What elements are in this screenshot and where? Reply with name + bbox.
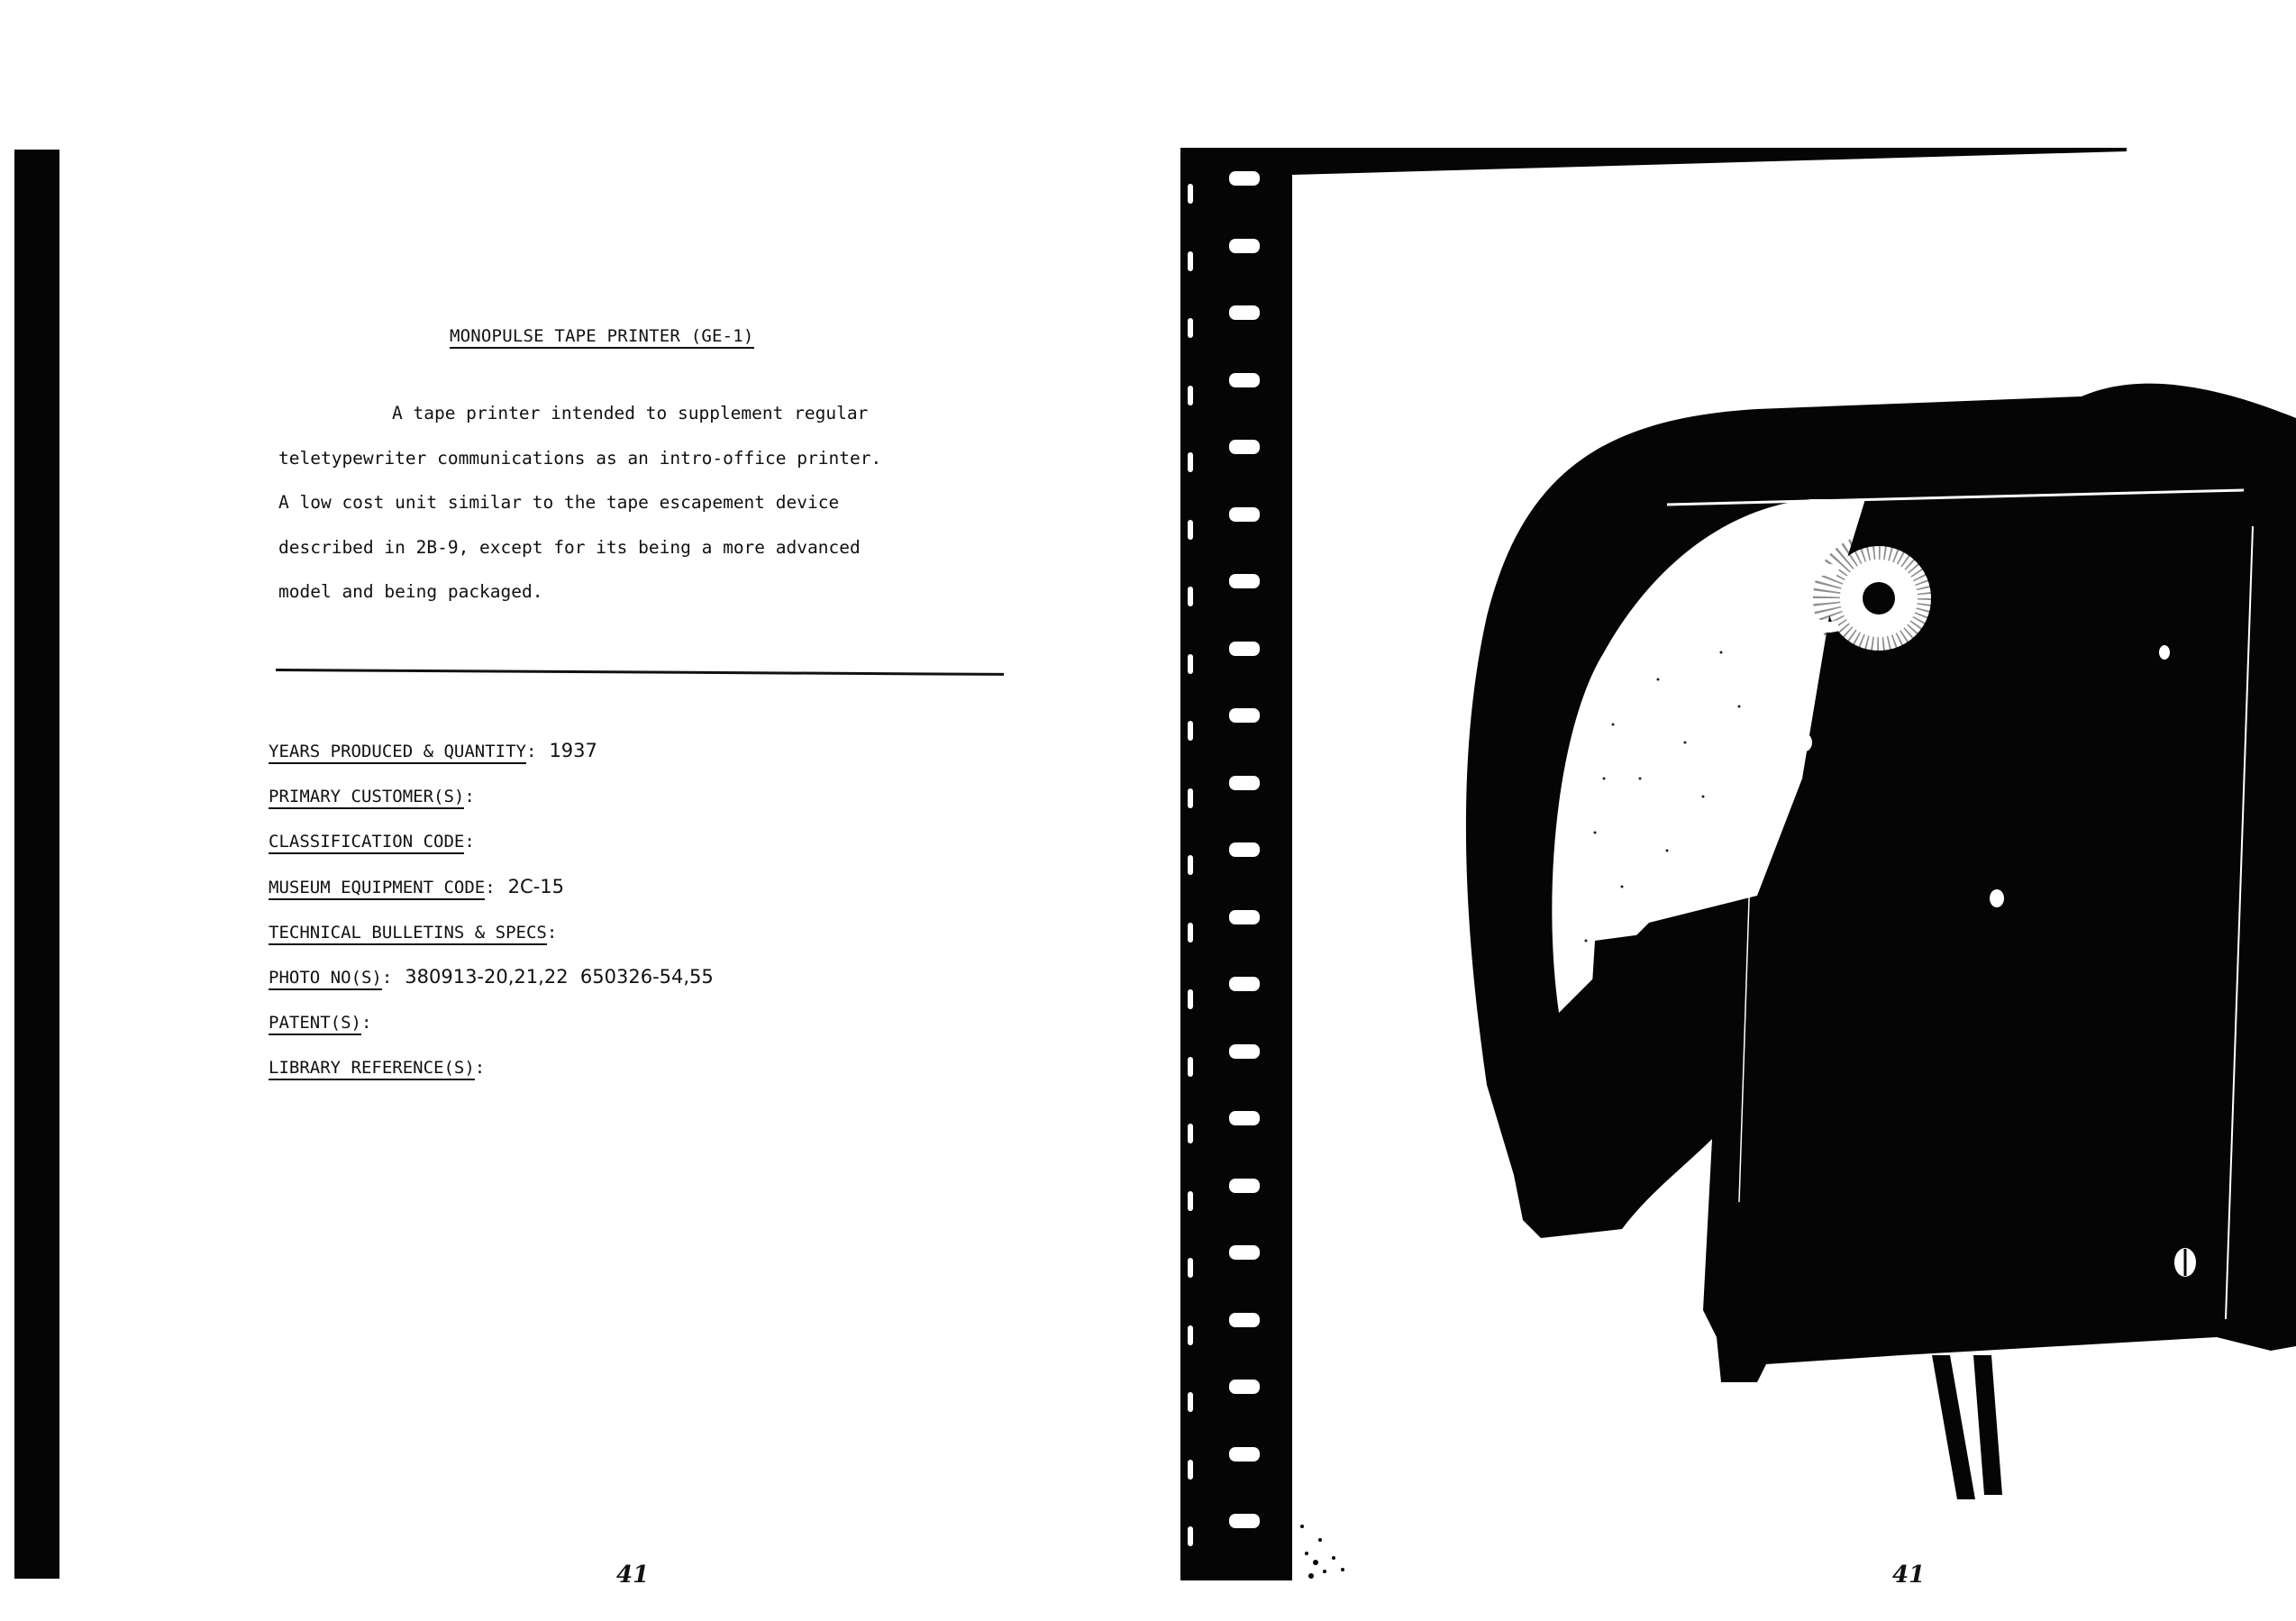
- sprocket-hole: [1229, 642, 1260, 656]
- description: A tape printer intended to supplement re…: [278, 391, 927, 615]
- sprocket-hole: [1229, 1111, 1260, 1125]
- film-edge-notch: [1188, 1258, 1193, 1278]
- left-page: MONOPULSE TAPE PRINTER (GE-1) A tape pri…: [0, 0, 1171, 1621]
- description-line: model and being packaged.: [278, 569, 927, 615]
- binding-edge-bar: [14, 150, 59, 1579]
- film-edge-notch: [1188, 923, 1193, 943]
- section-divider: [276, 669, 1004, 676]
- field-years-produced: YEARS PRODUCED & QUANTITY:1937: [269, 740, 714, 785]
- field-label: LIBRARY REFERENCE(S): [269, 1058, 475, 1080]
- field-label: YEARS PRODUCED & QUANTITY: [269, 742, 526, 764]
- field-value: 380913-20,21,22 650326-54,55: [405, 966, 713, 988]
- sprocket-hole: [1229, 1514, 1260, 1528]
- film-edge-notch: [1188, 855, 1193, 875]
- film-edge-notch: [1188, 587, 1193, 606]
- field-label: CLASSIFICATION CODE: [269, 832, 464, 854]
- sprocket-hole: [1229, 1245, 1260, 1260]
- sprocket-hole: [1229, 1313, 1260, 1327]
- sprocket-hole: [1229, 776, 1260, 790]
- sprocket-hole: [1229, 977, 1260, 991]
- sprocket-hole: [1229, 373, 1260, 387]
- field-value: 1937: [549, 740, 597, 761]
- sprocket-hole: [1229, 440, 1260, 454]
- field-primary-customers: PRIMARY CUSTOMER(S):: [269, 785, 714, 830]
- film-edge-notch: [1188, 386, 1193, 405]
- description-line: teletypewriter communications as an intr…: [278, 436, 927, 481]
- film-edge-notch: [1188, 520, 1193, 540]
- field-patents: PATENT(S):: [269, 1011, 714, 1056]
- sprocket-hole: [1229, 171, 1260, 186]
- sprocket-hole: [1229, 305, 1260, 320]
- field-photo-numbers: PHOTO NO(S):380913-20,21,22 650326-54,55: [269, 966, 714, 1011]
- sprocket-hole: [1229, 574, 1260, 588]
- film-edge-notch: [1188, 1191, 1193, 1211]
- page-number: 41: [616, 1562, 649, 1589]
- film-edge-notch: [1188, 1057, 1193, 1077]
- field-museum-equipment-code: MUSEUM EQUIPMENT CODE:2C-15: [269, 876, 714, 921]
- sprocket-hole: [1229, 1380, 1260, 1394]
- field-label: PATENT(S): [269, 1013, 361, 1035]
- sprocket-hole: [1229, 842, 1260, 857]
- film-edge-notch: [1188, 1392, 1193, 1412]
- sprocket-hole: [1229, 1044, 1260, 1059]
- film-edge-notch: [1188, 1460, 1193, 1480]
- film-edge-notch: [1188, 184, 1193, 204]
- record-fields: YEARS PRODUCED & QUANTITY:1937 PRIMARY C…: [269, 740, 714, 1102]
- film-edge-notch: [1188, 1526, 1193, 1546]
- field-label: PRIMARY CUSTOMER(S): [269, 787, 464, 809]
- description-line: described in 2B-9, except for its being …: [278, 525, 927, 570]
- page-title: MONOPULSE TAPE PRINTER (GE-1): [450, 326, 754, 349]
- film-edge-notch: [1188, 654, 1193, 674]
- sprocket-hole: [1229, 1447, 1260, 1462]
- sprocket-hole: [1229, 1581, 1260, 1596]
- sprocket-hole: [1229, 708, 1260, 723]
- field-library-references: LIBRARY REFERENCE(S):: [269, 1056, 714, 1101]
- film-edge-notch: [1188, 1124, 1193, 1143]
- sprocket-hole: [1229, 910, 1260, 924]
- sprocket-hole: [1229, 507, 1260, 522]
- page-number: 41: [1892, 1562, 1925, 1589]
- description-line: A low cost unit similar to the tape esca…: [278, 480, 927, 525]
- film-edge-notch: [1188, 788, 1193, 808]
- sprocket-hole: [1229, 239, 1260, 253]
- sprocket-hole: [1229, 1179, 1260, 1193]
- film-edge-notch: [1188, 989, 1193, 1009]
- field-value: 2C-15: [508, 876, 564, 897]
- field-label: MUSEUM EQUIPMENT CODE: [269, 878, 485, 900]
- film-edge-notch: [1188, 1594, 1193, 1614]
- field-label: PHOTO NO(S): [269, 968, 382, 990]
- tape-printer-photo: [1180, 148, 2296, 1580]
- field-technical-bulletins: TECHNICAL BULLETINS & SPECS:: [269, 921, 714, 966]
- field-label: TECHNICAL BULLETINS & SPECS: [269, 923, 547, 945]
- film-edge-notch: [1188, 251, 1193, 271]
- field-classification-code: CLASSIFICATION CODE:: [269, 830, 714, 875]
- film-edge-notch: [1188, 452, 1193, 472]
- photo-plate: [1180, 148, 2296, 1580]
- film-edge-notch: [1188, 318, 1193, 338]
- film-edge-notch: [1188, 721, 1193, 741]
- description-line: A tape printer intended to supplement re…: [278, 391, 927, 436]
- film-edge-notch: [1188, 1325, 1193, 1345]
